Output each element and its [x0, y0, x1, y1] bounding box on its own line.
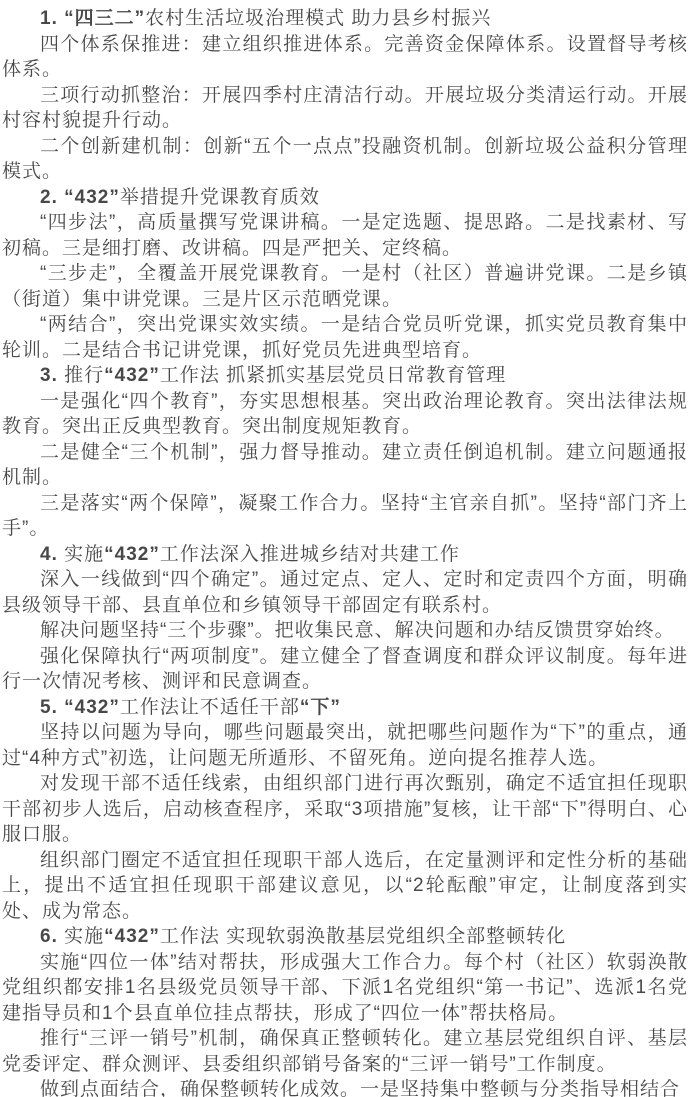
- heading-bold-term: 6.: [40, 926, 64, 947]
- heading-text: 工作法 抓紧抓实基层党员日常教育管理: [160, 365, 506, 386]
- document-page: 1. “四三二”农村生活垃圾治理模式 助力县乡村振兴四个体系保推进：建立组织推进…: [0, 0, 693, 1097]
- paragraph: “四步法”，高质量撰写党课讲稿。一是定选题、提思路。二是找素材、写初稿。三是细打…: [2, 210, 688, 261]
- paragraph: 四个体系保推进：建立组织推进体系。完善资金保障体系。设置督导考核体系。: [2, 32, 688, 83]
- heading-text: 工作法 实现软弱涣散基层党组织全部整顿转化: [160, 926, 566, 947]
- paragraph: 对发现干部不适任线索，由组织部门进行再次甄别，确定不适宜担任现职干部初步人选后，…: [2, 771, 688, 848]
- paragraph: “两结合”，突出党课实效实绩。一是结合党员听党课，抓实党员教育集中轮训。二是结合…: [2, 312, 688, 363]
- paragraph: 推行“三评一销号”机制，确保真正整顿转化。建立基层党组织自评、基层党委评定、群众…: [2, 1026, 688, 1077]
- heading-bold-term: “下”: [300, 697, 341, 718]
- partial-clipped-paragraph: 做到点面结合，确保整顿转化成效。一是坚持集中整顿与分类指导相结合: [2, 1077, 688, 1097]
- paragraph: 二是健全“三个机制”，强力督导推动。建立责任倒追机制。建立问题通报机制。: [2, 440, 688, 491]
- heading-bold-term: 3.: [40, 365, 64, 386]
- paragraph: 三是落实“两个保障”，凝聚工作合力。坚持“主官亲自抓”。坚持“部门齐上手”。: [2, 491, 688, 542]
- section-heading-3: 3. 推行“432”工作法 抓紧抓实基层党员日常教育管理: [2, 363, 688, 389]
- heading-text: 实施: [64, 544, 104, 565]
- paragraph: 一是强化“四个教育”，夯实思想根基。突出政治理论教育。突出法律法规教育。突出正反…: [2, 389, 688, 440]
- paragraph: 深入一线做到“四个确定”。通过定点、定人、定时和定责四个方面，明确县级领导干部、…: [2, 567, 688, 618]
- heading-bold-term: 2. “432”: [40, 187, 120, 208]
- section-heading-6: 6. 实施“432”工作法 实现软弱涣散基层党组织全部整顿转化: [2, 924, 688, 950]
- heading-bold-term: 4.: [40, 544, 64, 565]
- heading-bold-term: 1. “四三二”: [40, 8, 145, 29]
- heading-text: 实施: [64, 926, 104, 947]
- paragraph: 组织部门圈定不适宜担任现职干部人选后，在定量测评和定性分析的基础上，提出不适宜担…: [2, 848, 688, 925]
- section-heading-1: 1. “四三二”农村生活垃圾治理模式 助力县乡村振兴: [2, 6, 688, 32]
- document-body: 1. “四三二”农村生活垃圾治理模式 助力县乡村振兴四个体系保推进：建立组织推进…: [2, 6, 688, 1097]
- heading-text: 举措提升党课教育质效: [120, 187, 320, 208]
- heading-bold-term: “432”: [104, 926, 160, 947]
- heading-text: 工作法让不适任干部: [120, 697, 300, 718]
- paragraph: “三步走”，全覆盖开展党课教育。一是村（社区）普遍讲党课。二是乡镇（街道）集中讲…: [2, 261, 688, 312]
- heading-text: 工作法深入推进城乡结对共建工作: [160, 544, 460, 565]
- paragraph: 三项行动抓整治：开展四季村庄清洁行动。开展垃圾分类清运行动。开展村容村貌提升行动…: [2, 83, 688, 134]
- section-heading-4: 4. 实施“432”工作法深入推进城乡结对共建工作: [2, 542, 688, 568]
- paragraph: 坚持以问题为导向，哪些问题最突出，就把哪些问题作为“下”的重点，通过“4种方式”…: [2, 720, 688, 771]
- paragraph: 解决问题坚持“三个步骤”。把收集民意、解决问题和办结反馈贯穿始终。: [2, 618, 688, 644]
- section-heading-5: 5. “432”工作法让不适任干部“下”: [2, 695, 688, 721]
- paragraph: 二个创新建机制：创新“五个一点点”投融资机制。创新垃圾公益积分管理模式。: [2, 134, 688, 185]
- paragraph: 实施“四位一体”结对帮扶，形成强大工作合力。每个村（社区）软弱涣散党组织都安排1…: [2, 950, 688, 1027]
- section-heading-2: 2. “432”举措提升党课教育质效: [2, 185, 688, 211]
- paragraph: 强化保障执行“两项制度”。建立健全了督查调度和群众评议制度。每年进行一次情况考核…: [2, 644, 688, 695]
- heading-bold-term: “432”: [104, 544, 160, 565]
- heading-bold-term: 5. “432”: [40, 697, 120, 718]
- heading-text: 推行: [64, 365, 104, 386]
- heading-bold-term: “432”: [104, 365, 160, 386]
- heading-text: 农村生活垃圾治理模式 助力县乡村振兴: [145, 8, 491, 29]
